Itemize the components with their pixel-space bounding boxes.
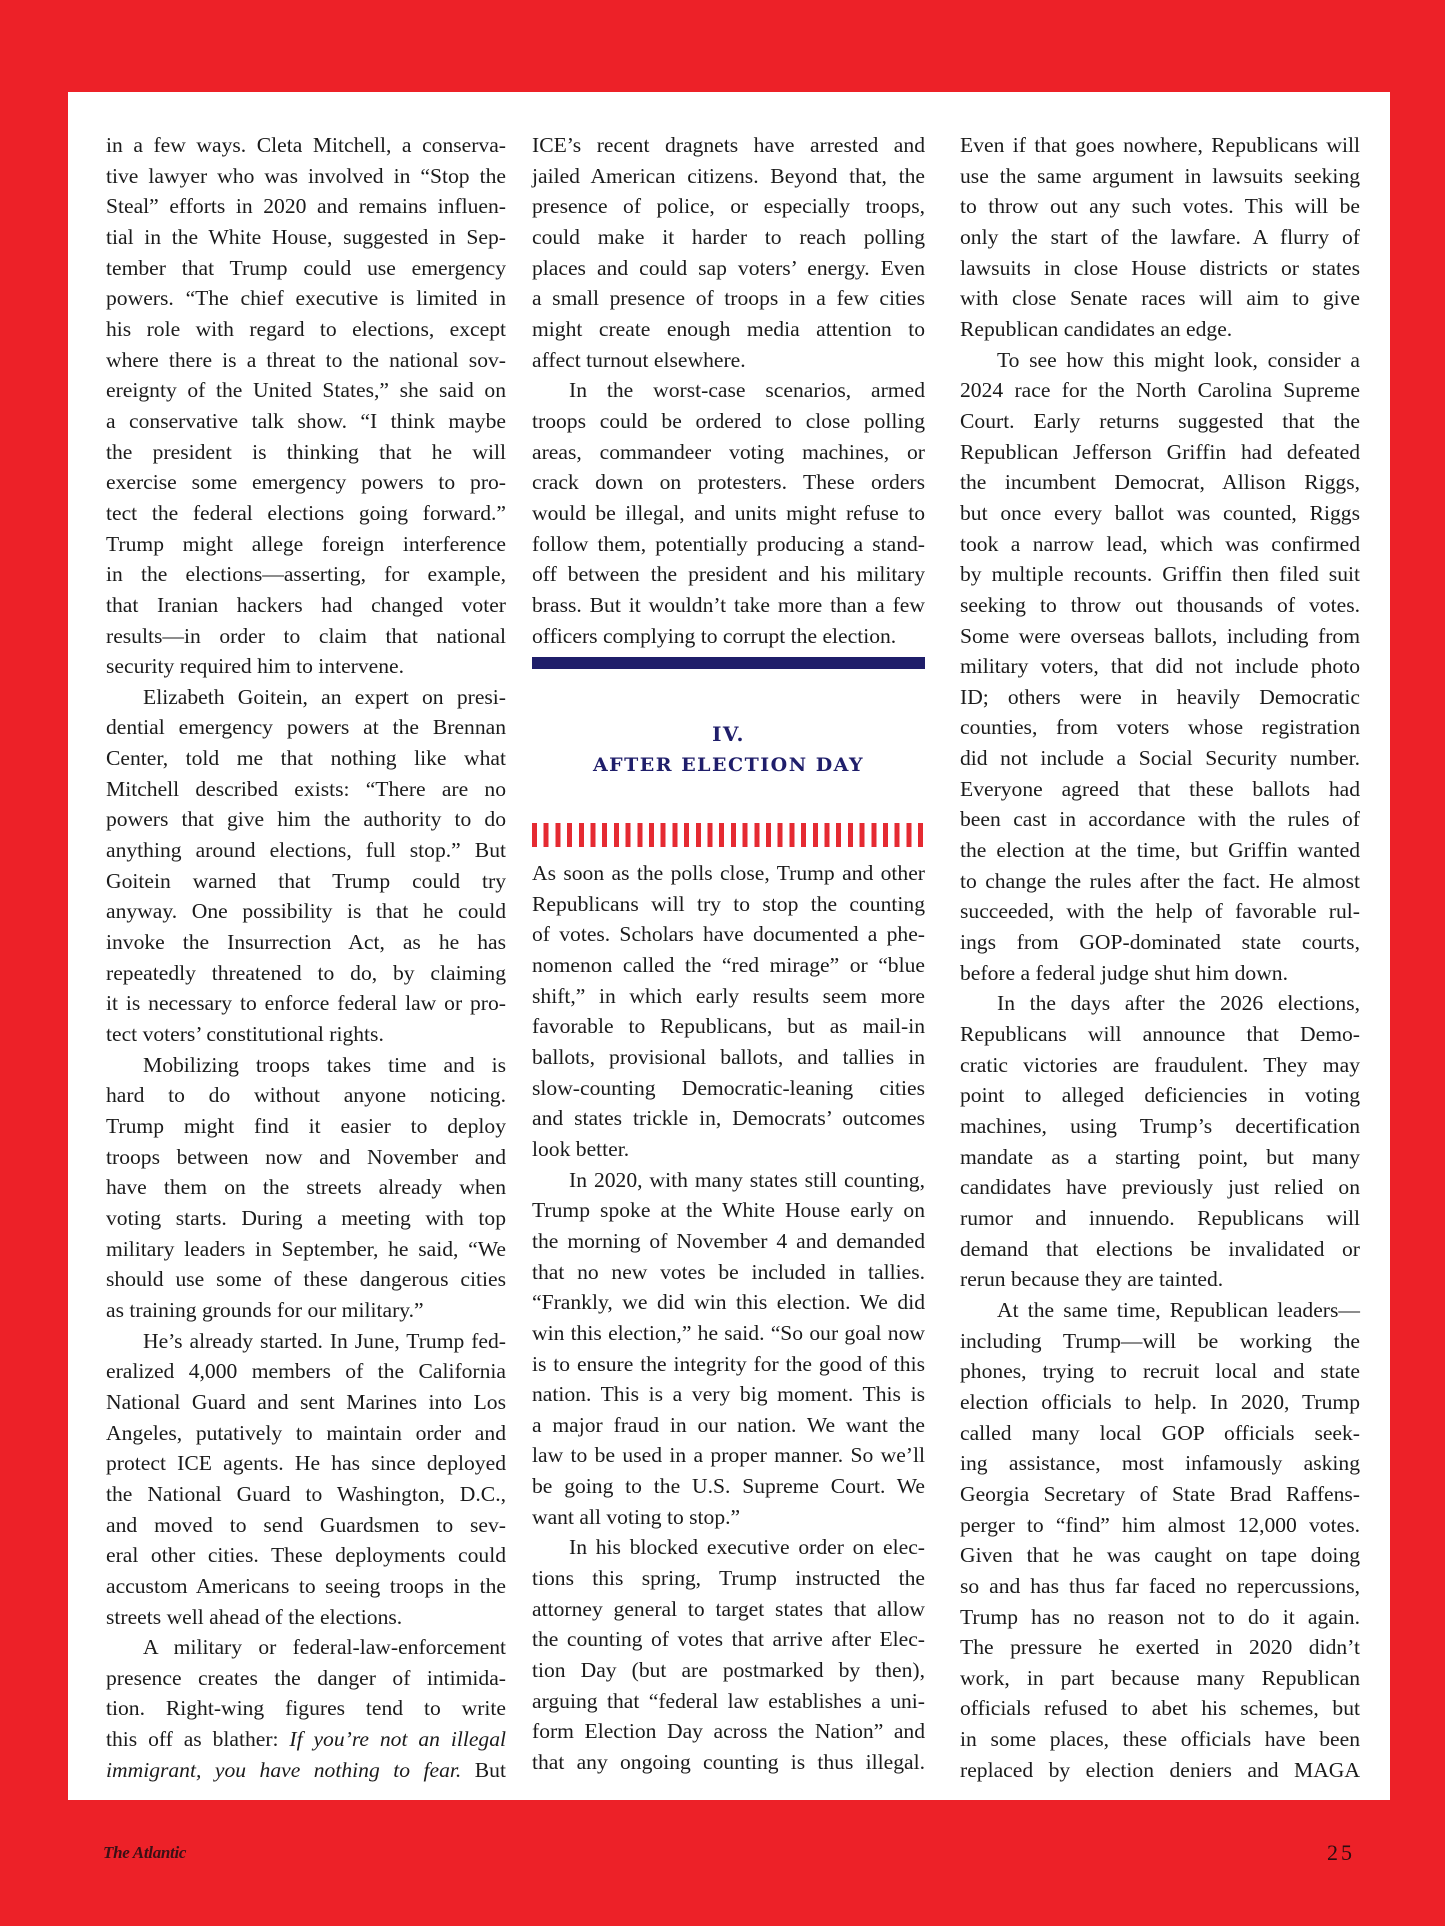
- text-line: anyway. One possibility is that he could: [106, 896, 506, 927]
- text-line: As soon as the polls close, Trump and ot…: [532, 858, 925, 889]
- text-line: Georgia Secretary of State Brad Raffens-: [960, 1479, 1360, 1510]
- text-line: A military or federal-law-enforcement: [106, 1632, 506, 1663]
- text-line: in some places, these officials have bee…: [960, 1724, 1360, 1755]
- text-line: might create enough media attention to: [532, 314, 925, 345]
- text-line: his role with regard to elections, excep…: [106, 314, 506, 345]
- text-line: the morning of November 4 and demanded: [532, 1226, 925, 1257]
- section-title: AFTER ELECTION DAY: [532, 754, 925, 776]
- text-line: streets well ahead of the elections.: [106, 1602, 506, 1633]
- text-line: Republicans will announce that Demo-: [960, 1019, 1360, 1050]
- text-line: been cast in accordance with the rules o…: [960, 804, 1360, 835]
- text-line: In the days after the 2026 elections,: [960, 988, 1360, 1019]
- text-line: where there is a threat to the national …: [106, 345, 506, 376]
- text-line: favorable to Republicans, but as mail-in: [532, 1011, 925, 1042]
- text-line: shift,” in which early results seem more: [532, 981, 925, 1012]
- text-line: to change the rules after the fact. He a…: [960, 866, 1360, 897]
- text-line: places and could sap voters’ energy. Eve…: [532, 253, 925, 284]
- text-line: tember that Trump could use emergency: [106, 253, 506, 284]
- text-line: counties, from voters whose registration: [960, 712, 1360, 743]
- text-line: Trump has no reason not to do it again.: [960, 1602, 1360, 1633]
- italic-text: If you’re not an illegal: [289, 1727, 506, 1751]
- text-line: the counting of votes that arrive after …: [532, 1624, 925, 1655]
- text-line: Angeles, putatively to maintain order an…: [106, 1418, 506, 1449]
- text-line: called many local GOP officials seek-: [960, 1418, 1360, 1449]
- text-line: ing assistance, most infamously asking: [960, 1448, 1360, 1479]
- text-line: have them on the streets already when: [106, 1172, 506, 1203]
- text-line: seeking to throw out thousands of votes.: [960, 590, 1360, 621]
- text-line: Everyone agreed that these ballots had: [960, 774, 1360, 805]
- text-line: before a federal judge shut him down.: [960, 958, 1360, 989]
- text-line: troops between now and November and: [106, 1142, 506, 1173]
- text-line: the election at the time, but Griffin wa…: [960, 835, 1360, 866]
- text-line: voting starts. During a meeting with top: [106, 1203, 506, 1234]
- text-line: military voters, that did not include ph…: [960, 651, 1360, 682]
- text-line: Even if that goes nowhere, Republicans w…: [960, 130, 1360, 161]
- italic-text: immigrant, you have nothing to fear.: [106, 1758, 461, 1782]
- text-line: machines, using Trump’s decertification: [960, 1111, 1360, 1142]
- text-line: cratic victories are fraudulent. They ma…: [960, 1050, 1360, 1081]
- text-line: repeatedly threatened to do, by claiming: [106, 958, 506, 989]
- text-line: use the same argument in lawsuits seekin…: [960, 161, 1360, 192]
- text-line: in a few ways. Cleta Mitchell, a conserv…: [106, 130, 506, 161]
- text-line: Some were overseas ballots, including fr…: [960, 621, 1360, 652]
- text-line: perger to “find” him almost 12,000 votes…: [960, 1510, 1360, 1541]
- text-line: this off as blather: If you’re not an il…: [106, 1724, 506, 1755]
- text-line: Steal” efforts in 2020 and remains influ…: [106, 191, 506, 222]
- text-line: could make it harder to reach polling: [532, 222, 925, 253]
- text-line: affect turnout elsewhere.: [532, 345, 925, 376]
- text-line: ings from GOP-dominated state courts,: [960, 927, 1360, 958]
- text-line: want all voting to stop.”: [532, 1502, 925, 1533]
- text-line: immigrant, you have nothing to fear. But: [106, 1755, 506, 1786]
- text-line: exercise some emergency powers to pro-: [106, 467, 506, 498]
- page-number: 25: [1327, 1840, 1355, 1866]
- text-line: eralized 4,000 members of the California: [106, 1356, 506, 1387]
- text-line: anything around elections, full stop.” B…: [106, 835, 506, 866]
- text-line: and moved to send Guardsmen to sev-: [106, 1510, 506, 1541]
- text-line: the National Guard to Washington, D.C.,: [106, 1479, 506, 1510]
- text-line: demand that elections be invalidated or: [960, 1234, 1360, 1265]
- text-line: tect voters’ constitutional rights.: [106, 1019, 506, 1050]
- text-line: tion. Right-wing figures tend to write: [106, 1693, 506, 1724]
- text-line: accustom Americans to seeing troops in t…: [106, 1571, 506, 1602]
- text-line: Given that he was caught on tape doing: [960, 1540, 1360, 1571]
- text-line: troops could be ordered to close polling: [532, 406, 925, 437]
- text-line: officials refused to abet his schemes, b…: [960, 1693, 1360, 1724]
- text-line: eral other cities. These deployments cou…: [106, 1540, 506, 1571]
- text-line: rumor and innuendo. Republicans will: [960, 1203, 1360, 1234]
- text-line: In his blocked executive order on elec-: [532, 1532, 925, 1563]
- text-line: be going to the U.S. Supreme Court. We: [532, 1471, 925, 1502]
- text-line: powers that give him the authority to do: [106, 804, 506, 835]
- text-line: tions this spring, Trump instructed the: [532, 1563, 925, 1594]
- text-line: brass. But it wouldn’t take more than a …: [532, 590, 925, 621]
- article-column-1: in a few ways. Cleta Mitchell, a conserv…: [106, 130, 506, 1785]
- text-line: should use some of these dangerous citie…: [106, 1264, 506, 1295]
- text-line: win this election,” he said. “So our goa…: [532, 1318, 925, 1349]
- section-number: IV.: [532, 722, 925, 746]
- red-stripes-ornament-icon: [532, 823, 925, 847]
- text-line: invoke the Insurrection Act, as he has: [106, 927, 506, 958]
- section-divider-navy-rule: [532, 657, 925, 669]
- publication-name: The Atlantic: [103, 1843, 186, 1863]
- text-line: only the start of the lawfare. A flurry …: [960, 222, 1360, 253]
- text-line: but once every ballot was counted, Riggs: [960, 498, 1360, 529]
- text-line: took a narrow lead, which was confirmed: [960, 529, 1360, 560]
- text-line: Court. Early returns suggested that the: [960, 406, 1360, 437]
- text-line: tive lawyer who was involved in “Stop th…: [106, 161, 506, 192]
- text-line: as training grounds for our military.”: [106, 1295, 506, 1326]
- text-line: that no new votes be included in tallies…: [532, 1257, 925, 1288]
- text-line: dential emergency powers at the Brennan: [106, 712, 506, 743]
- text-line: hard to do without anyone noticing.: [106, 1080, 506, 1111]
- text-line: areas, commandeer voting machines, or: [532, 437, 925, 468]
- text-line: The pressure he exerted in 2020 didn’t: [960, 1632, 1360, 1663]
- text-line: arguing that “federal law establishes a …: [532, 1686, 925, 1717]
- text-line: work, in part because many Republican: [960, 1663, 1360, 1694]
- text-line: in the elections—asserting, for example,: [106, 559, 506, 590]
- text-line: Elizabeth Goitein, an expert on presi-: [106, 682, 506, 713]
- text-line: Goitein warned that Trump could try: [106, 866, 506, 897]
- text-line: National Guard and sent Marines into Los: [106, 1387, 506, 1418]
- text-line: it is necessary to enforce federal law o…: [106, 988, 506, 1019]
- text-line: To see how this might look, consider a: [960, 345, 1360, 376]
- text-line: jailed American citizens. Beyond that, t…: [532, 161, 925, 192]
- text-line: phones, trying to recruit local and stat…: [960, 1356, 1360, 1387]
- text-line: ICE’s recent dragnets have arrested and: [532, 130, 925, 161]
- text-line: results—in order to claim that national: [106, 621, 506, 652]
- text-line: In 2020, with many states still counting…: [532, 1165, 925, 1196]
- text-line: follow them, potentially producing a sta…: [532, 529, 925, 560]
- text-line: ereignty of the United States,” she said…: [106, 375, 506, 406]
- text-line: ballots, provisional ballots, and tallie…: [532, 1042, 925, 1073]
- text-line: a major fraud in our nation. We want the: [532, 1410, 925, 1441]
- text-line: by multiple recounts. Griffin then filed…: [960, 559, 1360, 590]
- text-line: to throw out any such votes. This will b…: [960, 191, 1360, 222]
- text-line: form Election Day across the Nation” and: [532, 1716, 925, 1747]
- article-column-3: Even if that goes nowhere, Republicans w…: [960, 130, 1360, 1785]
- text-line: tect the federal elections going forward…: [106, 498, 506, 529]
- text-line: Republican Jefferson Griffin had defeate…: [960, 437, 1360, 468]
- text-line: the president is thinking that he will: [106, 437, 506, 468]
- text-line: At the same time, Republican leaders—: [960, 1295, 1360, 1326]
- text-line: Republicans will try to stop the countin…: [532, 889, 925, 920]
- text-line: Mitchell described exists: “There are no: [106, 774, 506, 805]
- text-line: the incumbent Democrat, Allison Riggs,: [960, 467, 1360, 498]
- text-line: would be illegal, and units might refuse…: [532, 498, 925, 529]
- text-line: military leaders in September, he said, …: [106, 1234, 506, 1265]
- text-line: replaced by election deniers and MAGA: [960, 1755, 1360, 1786]
- text-line: succeeded, with the help of favorable ru…: [960, 896, 1360, 927]
- text-line: tial in the White House, suggested in Se…: [106, 222, 506, 253]
- text-line: election officials to help. In 2020, Tru…: [960, 1387, 1360, 1418]
- text-line: Republican candidates an edge.: [960, 314, 1360, 345]
- text-line: He’s already started. In June, Trump fed…: [106, 1326, 506, 1357]
- text-line: did not include a Social Security number…: [960, 743, 1360, 774]
- text-line: crack down on protesters. These orders: [532, 467, 925, 498]
- text-line: 2024 race for the North Carolina Supreme: [960, 375, 1360, 406]
- text-line: security required him to intervene.: [106, 651, 506, 682]
- text-line: with close Senate races will aim to give: [960, 283, 1360, 314]
- text-line: presence creates the danger of intimida-: [106, 1663, 506, 1694]
- text-line: officers complying to corrupt the electi…: [532, 621, 925, 652]
- article-column-2-top: ICE’s recent dragnets have arrested andj…: [532, 130, 925, 651]
- text-line: off between the president and his milita…: [532, 559, 925, 590]
- text-line: Trump might allege foreign interference: [106, 529, 506, 560]
- text-line: that Iranian hackers had changed voter: [106, 590, 506, 621]
- text-line: In the worst-case scenarios, armed: [532, 375, 925, 406]
- text-line: a conservative talk show. “I think maybe: [106, 406, 506, 437]
- text-line: lawsuits in close House districts or sta…: [960, 253, 1360, 284]
- text-line: presence of police, or especially troops…: [532, 191, 925, 222]
- text-line: Mobilizing troops takes time and is: [106, 1050, 506, 1081]
- text-line: point to alleged deficiencies in voting: [960, 1080, 1360, 1111]
- article-column-2-bottom: As soon as the polls close, Trump and ot…: [532, 858, 925, 1778]
- text-line: nomenon called the “red mirage” or “blue: [532, 950, 925, 981]
- text-line: rerun because they are tainted.: [960, 1264, 1360, 1295]
- text-line: of votes. Scholars have documented a phe…: [532, 919, 925, 950]
- text-line: so and has thus far faced no repercussio…: [960, 1571, 1360, 1602]
- text-line: look better.: [532, 1134, 925, 1165]
- text-line: candidates have previously just relied o…: [960, 1172, 1360, 1203]
- text-line: and states trickle in, Democrats’ outcom…: [532, 1103, 925, 1134]
- text-line: slow-counting Democratic-leaning cities: [532, 1073, 925, 1104]
- text-line: Trump might find it easier to deploy: [106, 1111, 506, 1142]
- text-line: that any ongoing counting is thus illega…: [532, 1747, 925, 1778]
- text-line: Center, told me that nothing like what: [106, 743, 506, 774]
- text-line: ID; others were in heavily Democratic: [960, 682, 1360, 713]
- text-line: is to ensure the integrity for the good …: [532, 1349, 925, 1380]
- text-line: including Trump—will be working the: [960, 1326, 1360, 1357]
- text-line: “Frankly, we did win this election. We d…: [532, 1287, 925, 1318]
- text-line: tion Day (but are postmarked by then),: [532, 1655, 925, 1686]
- text-line: a small presence of troops in a few citi…: [532, 283, 925, 314]
- text-line: powers. “The chief executive is limited …: [106, 283, 506, 314]
- text-line: mandate as a starting point, but many: [960, 1142, 1360, 1173]
- text-line: Trump spoke at the White House early on: [532, 1195, 925, 1226]
- text-line: protect ICE agents. He has since deploye…: [106, 1448, 506, 1479]
- text-line: attorney general to target states that a…: [532, 1594, 925, 1625]
- text-line: law to be used in a proper manner. So we…: [532, 1440, 925, 1471]
- text-line: nation. This is a very big moment. This …: [532, 1379, 925, 1410]
